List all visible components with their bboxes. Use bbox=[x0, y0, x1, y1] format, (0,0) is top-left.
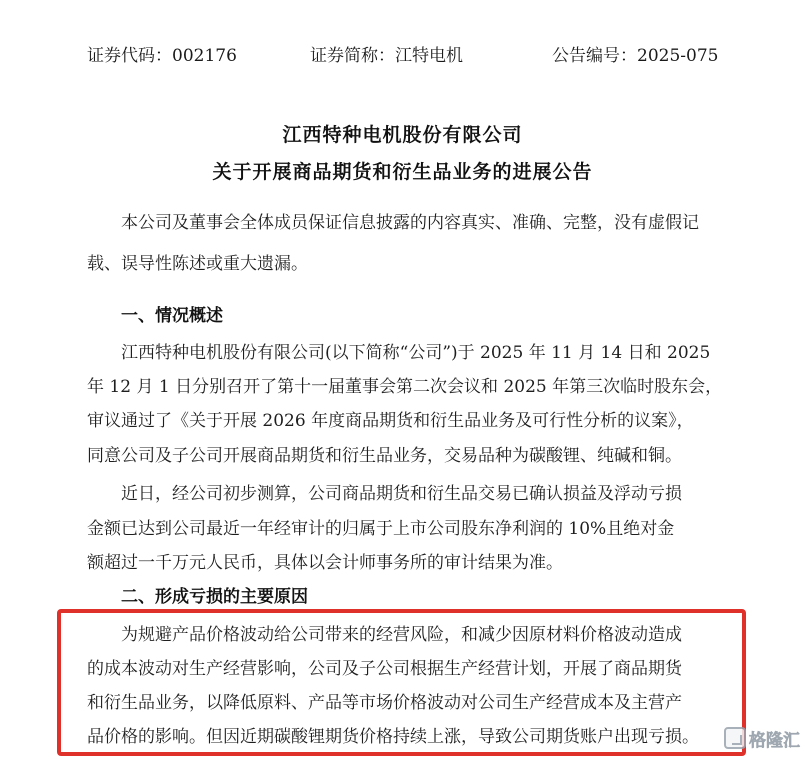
disclaimer-line: 载、误导性陈述或重大遗漏。 bbox=[87, 251, 717, 277]
highlighted-paragraph-line: 品价格的影响。但因近期碳酸锂期货价格持续上涨，导致公司期货账户出现亏损。 bbox=[87, 724, 717, 750]
section-heading-loss-reasons: 二、形成亏损的主要原因 bbox=[121, 584, 308, 610]
stock-code: 证券代码：002176 bbox=[87, 43, 237, 69]
watermark: 格隆汇 bbox=[724, 724, 800, 752]
section-heading-overview: 一、情况概述 bbox=[121, 303, 223, 329]
company-title: 江西特种电机股份有限公司 bbox=[0, 121, 805, 149]
announcement-subject: 关于开展商品期货和衍生品业务的进展公告 bbox=[0, 158, 805, 186]
highlighted-paragraph-line: 和衍生品业务，以降低原料、产品等市场价格波动对公司生产经营成本及主营产 bbox=[87, 690, 717, 716]
announcement-number: 公告编号：2025-075 bbox=[552, 43, 718, 69]
gelonghui-logo-icon bbox=[724, 727, 746, 749]
highlighted-paragraph-line: 为规避产品价格波动给公司带来的经营风险，和减少因原材料价格波动造成 bbox=[121, 622, 751, 648]
paragraph-line: 同意公司及子公司开展商品期货和衍生品业务，交易品种为碳酸锂、纯碱和铜。 bbox=[87, 443, 717, 469]
highlighted-paragraph-line: 的成本波动对生产经营影响，公司及子公司根据生产经营计划，开展了商品期货 bbox=[87, 656, 717, 682]
paragraph-line: 金额已达到公司最近一年经审计的归属于上市公司股东净利润的 10%且绝对金 bbox=[87, 516, 717, 542]
paragraph-line: 额超过一千万元人民币，具体以会计师事务所的审计结果为准。 bbox=[87, 550, 717, 576]
watermark-text: 格隆汇 bbox=[749, 726, 800, 751]
paragraph-line: 审议通过了《关于开展 2026 年度商品期货和衍生品业务及可行性分析的议案》， bbox=[87, 408, 717, 434]
stock-short-name: 证券简称：江特电机 bbox=[310, 43, 463, 69]
disclaimer-line: 本公司及董事会全体成员保证信息披露的内容真实、准确、完整，没有虚假记 bbox=[121, 210, 751, 236]
paragraph-line: 江西特种电机股份有限公司(以下简称“公司”)于 2025 年 11 月 14 日… bbox=[121, 340, 751, 366]
paragraph-line: 近日，经公司初步测算，公司商品期货和衍生品交易已确认损益及浮动亏损 bbox=[121, 481, 751, 507]
paragraph-line: 年 12 月 1 日分别召开了第十一届董事会第二次会议和 2025 年第三次临时… bbox=[87, 374, 717, 400]
announcement-header: 证券代码：002176 证券简称：江特电机 公告编号：2025-075 bbox=[0, 43, 805, 69]
